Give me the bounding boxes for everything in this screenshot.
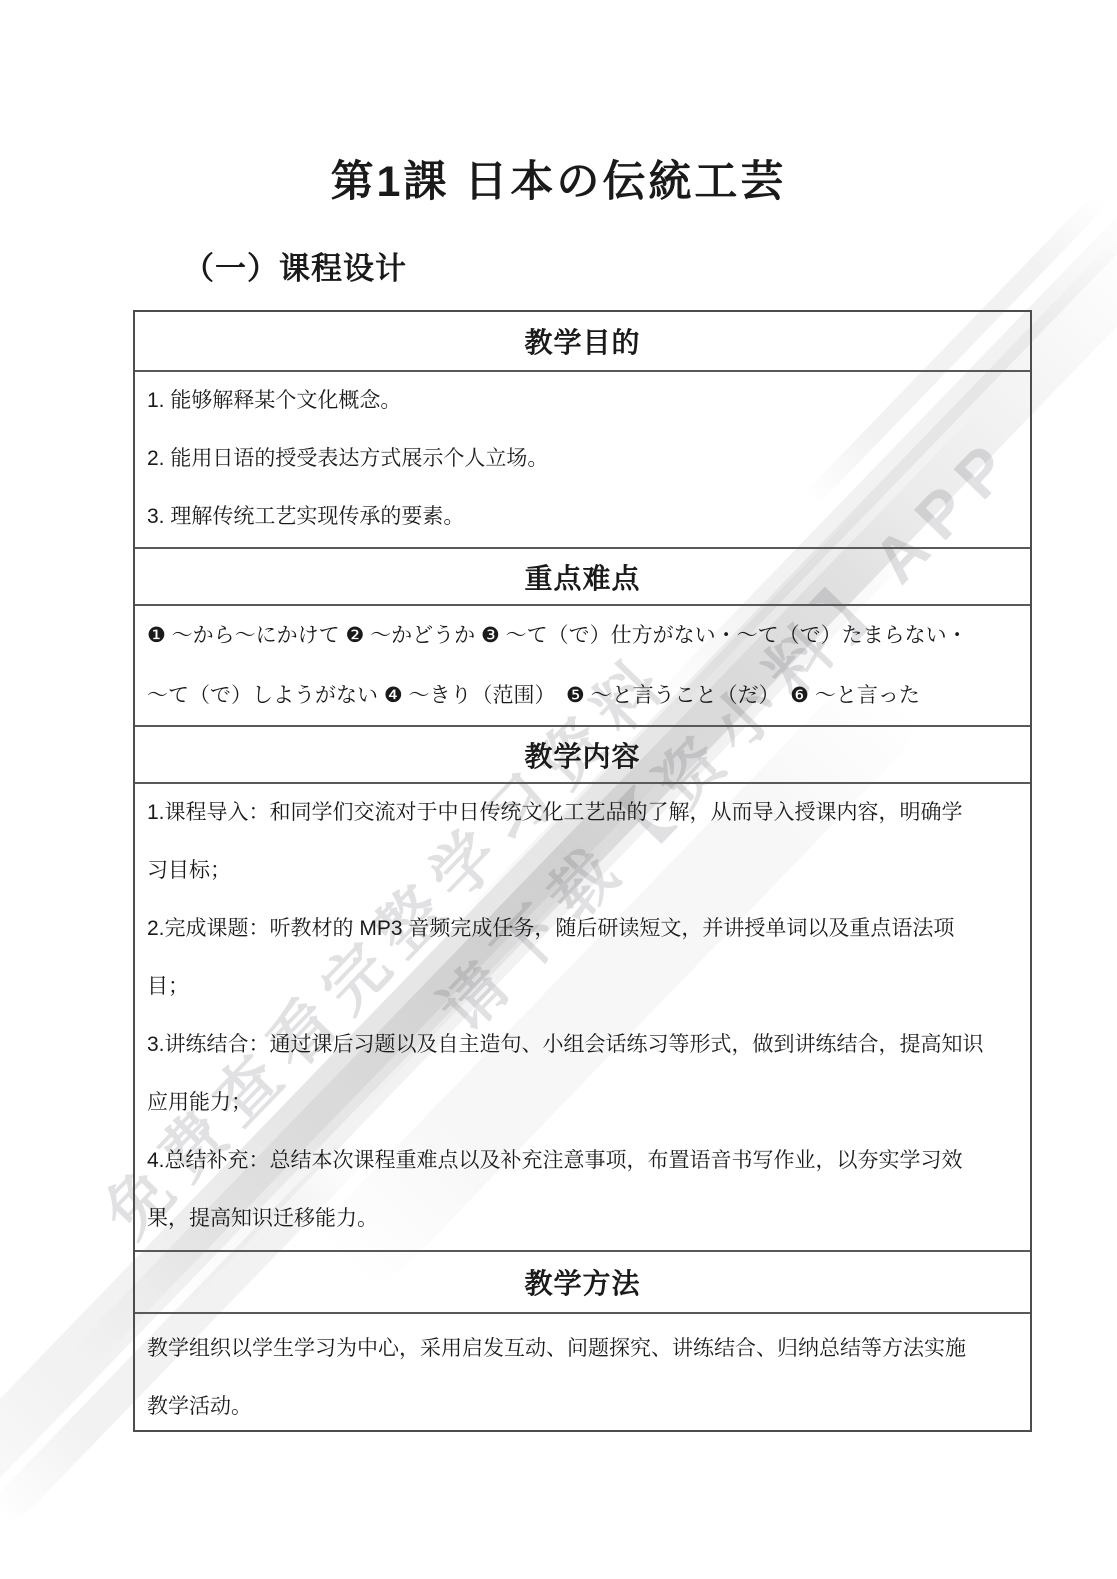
table-header-key-difficult-points: 重点难点 bbox=[135, 549, 1030, 606]
text-line: 应用能力； bbox=[147, 1074, 1018, 1132]
text-line: 3.讲练结合：通过课后习题以及自主造句、小组会话练习等形式，做到讲练结合，提高知… bbox=[147, 1016, 1018, 1074]
text-line: 教学活动。 bbox=[147, 1378, 1018, 1430]
text-line: 4.总结补充：总结本次课程重难点以及补充注意事项，布置语音书写作业，以夯实学习效 bbox=[147, 1132, 1018, 1190]
text-line: ～て（で）しようがない ❹ ～きり（范围） ❺ ～と言うこと（だ） ❻ ～と言っ… bbox=[147, 666, 1018, 726]
table-body-teaching-objectives: 1. 能够解释某个文化概念。2. 能用日语的授受表达方式展示个人立场。3. 理解… bbox=[135, 372, 1030, 549]
table-header-teaching-content: 教学内容 bbox=[135, 727, 1030, 784]
text-line: 1.课程导入：和同学们交流对于中日传统文化工艺品的了解，从而导入授课内容，明确学 bbox=[147, 784, 1018, 842]
text-line: 2. 能用日语的授受表达方式展示个人立场。 bbox=[147, 430, 1018, 488]
text-line: 2.完成课题：听教材的 MP3 音频完成任务，随后研读短文，并讲授单词以及重点语… bbox=[147, 900, 1018, 958]
text-line: 1. 能够解释某个文化概念。 bbox=[147, 372, 1018, 430]
table-header-teaching-objectives: 教学目的 bbox=[135, 312, 1030, 372]
document-page: 免费查看完整学习资料 请下载【资小料】APP 第1課 日本の伝統工芸 （一）课程… bbox=[0, 0, 1117, 1579]
text-line: 目； bbox=[147, 958, 1018, 1016]
lesson-title: 第1課 日本の伝統工芸 bbox=[0, 148, 1117, 209]
table-body-teaching-methods: 教学组织以学生学习为中心，采用启发互动、问题探究、讲练结合、归纳总结等方法实施教… bbox=[135, 1314, 1030, 1430]
table-section-key-difficult-points: 重点难点❶ ～から～にかけて ❷ ～かどうか ❸ ～て（で）仕方がない・～て（で… bbox=[135, 549, 1030, 727]
table-body-teaching-content: 1.课程导入：和同学们交流对于中日传统文化工艺品的了解，从而导入授课内容，明确学… bbox=[135, 784, 1030, 1252]
table-section-teaching-methods: 教学方法教学组织以学生学习为中心，采用启发互动、问题探究、讲练结合、归纳总结等方… bbox=[135, 1252, 1030, 1430]
text-line: 习目标； bbox=[147, 842, 1018, 900]
text-line: 果，提高知识迁移能力。 bbox=[147, 1190, 1018, 1248]
text-line: 3. 理解传统工艺实现传承的要素。 bbox=[147, 488, 1018, 546]
table-section-teaching-objectives: 教学目的1. 能够解释某个文化概念。2. 能用日语的授受表达方式展示个人立场。3… bbox=[135, 312, 1030, 549]
table-section-teaching-content: 教学内容1.课程导入：和同学们交流对于中日传统文化工艺品的了解，从而导入授课内容… bbox=[135, 727, 1030, 1252]
document-content: 第1課 日本の伝統工芸 （一）课程设计 教学目的1. 能够解释某个文化概念。2.… bbox=[0, 0, 1117, 1579]
table-body-key-difficult-points: ❶ ～から～にかけて ❷ ～かどうか ❸ ～て（で）仕方がない・～て（で）たまら… bbox=[135, 606, 1030, 727]
course-design-table: 教学目的1. 能够解释某个文化概念。2. 能用日语的授受表达方式展示个人立场。3… bbox=[133, 310, 1032, 1432]
section-heading: （一）课程设计 bbox=[183, 243, 407, 288]
text-line: 教学组织以学生学习为中心，采用启发互动、问题探究、讲练结合、归纳总结等方法实施 bbox=[147, 1320, 1018, 1378]
text-line: ❶ ～から～にかけて ❷ ～かどうか ❸ ～て（で）仕方がない・～て（で）たまら… bbox=[147, 606, 1018, 666]
table-header-teaching-methods: 教学方法 bbox=[135, 1252, 1030, 1314]
